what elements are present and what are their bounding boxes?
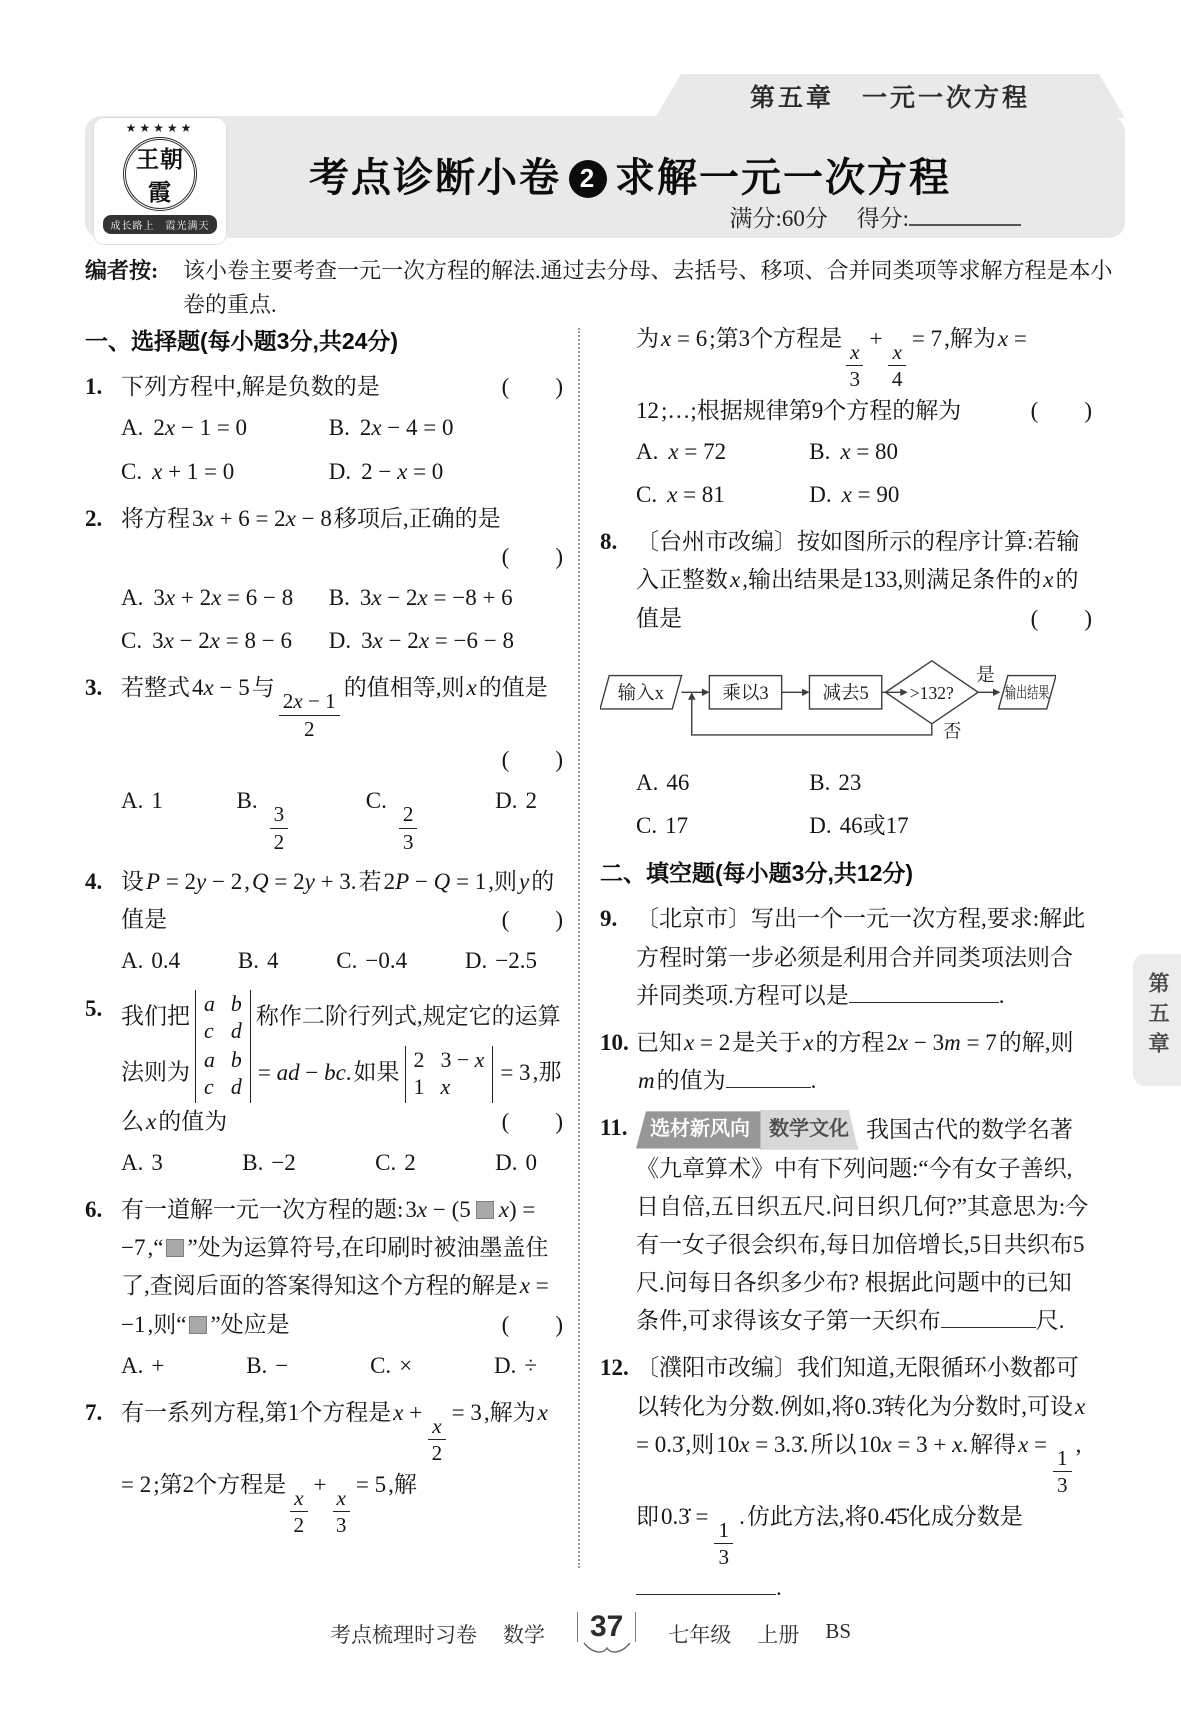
question-stem: 有一道解一元一次方程的题:3x − (5x) = −7,“”处为运算符号,在印刷…: [121, 1191, 563, 1344]
text-run: 4: [267, 948, 279, 973]
math-run: P = 2y − 2: [146, 869, 242, 894]
option-C: C.17: [636, 807, 809, 845]
text-run: ,解为: [484, 1400, 536, 1425]
math-run: +: [314, 1472, 327, 1497]
options-group: A.0.4B.4C.−0.4D.−2.5: [121, 942, 563, 980]
option-label: D.: [809, 813, 831, 838]
text-run: ,解: [388, 1472, 417, 1497]
editor-note: 编者按: 该小卷主要考查一元一次方程的解法.通过去分母、去括号、移项、合并同类项…: [85, 254, 1125, 322]
full-score-label: 满分:60分: [729, 206, 827, 231]
text-run: 我国古代的数学名著《九章算术》中有下列问题:“今有女子善织,日自倍,五日织五尺.…: [636, 1117, 1088, 1333]
topic-badges: 选材新风向数学文化: [636, 1109, 858, 1149]
math-run: x +: [393, 1400, 422, 1425]
text-run: 的值相等,则: [344, 675, 465, 700]
flow-output-label: 输出结果: [1005, 684, 1050, 702]
column-right: 为x = 6;第3个方程是x3+x4= 7,解为x = 12;…;根据规律第9个…: [600, 320, 1092, 1616]
text-run: 有一道解一元一次方程的题:: [121, 1197, 403, 1222]
option-A: A.x = 72: [636, 433, 809, 471]
text-run: ÷: [524, 1353, 537, 1378]
question-number: 11.: [600, 1109, 627, 1147]
option-D: D.2: [495, 782, 537, 820]
option-C: C.3x − 2x = 8 − 6: [121, 622, 329, 660]
option-C: C.x = 81: [636, 476, 809, 514]
math-run: = 7: [912, 326, 942, 351]
math-run: = 3: [452, 1400, 482, 1425]
text-run: 46或17: [840, 813, 909, 838]
answer-blank: [636, 1571, 776, 1595]
answer-paren: ( ): [502, 1103, 563, 1141]
badge-new-trend: 选材新风向: [636, 1111, 760, 1148]
option-label: C.: [121, 628, 142, 653]
options-group: A.46B.23C.17D.46或17: [636, 764, 1092, 845]
math-run: 0.3̇ =: [661, 1504, 708, 1529]
options-group: A.3B.−2C.2D.0: [121, 1144, 563, 1182]
text-run: 1: [151, 788, 163, 813]
text-run: 我们把: [121, 1003, 190, 1028]
question-body: 下列方程中,解是负数的是( )A.2x − 1 = 0B.2x − 4 = 0C…: [121, 368, 563, 491]
option-label: A.: [636, 770, 658, 795]
footer-subject: 数学: [503, 1619, 545, 1649]
text-run: 是关于: [732, 1030, 801, 1055]
chapter-tab: 第五章 一元一次方程: [655, 74, 1125, 118]
question-body: 有一系列方程,第1个方程是x +x2= 3,解为x = 2;第2个方程是x2+x…: [121, 1394, 563, 1538]
question-12: 12.〔濮阳市改编〕我们知道,无限循环小数都可以转化为分数.例如,将0.3̇转化…: [600, 1349, 1092, 1607]
text-run: 有一系列方程,第1个方程是: [121, 1400, 391, 1425]
fraction: x2: [290, 1486, 307, 1538]
option-B: B.x = 80: [809, 433, 1092, 471]
footer-edition-group: 七年级 上册 BS: [668, 1619, 851, 1649]
math-run: x: [146, 1109, 156, 1134]
option-B: B.−2: [242, 1144, 296, 1182]
question-number: 9.: [600, 900, 617, 938]
option-A: A.3x + 2x = 6 − 8: [121, 579, 329, 617]
math-run: 3x − (5: [405, 1197, 470, 1222]
question-number: 10.: [600, 1024, 629, 1062]
page-title: 考点诊断小卷2求解一元一次方程: [250, 146, 1010, 203]
option-label: C.: [370, 1353, 391, 1378]
question-stem: 若整式4x − 5与2x − 12的值相等,则x的值是( ): [121, 669, 563, 779]
text-run: −: [275, 1353, 288, 1378]
option-label: B.: [238, 948, 259, 973]
program-flowchart: 输入x 乘以3 减去5 >132? 是 否 输出结果: [600, 646, 1092, 758]
title-prefix: 考点诊断小卷: [309, 156, 561, 200]
option-label: D.: [494, 1353, 516, 1378]
math-run: x = 2: [684, 1030, 730, 1055]
covered-operator-box: [166, 1239, 184, 1257]
flow-input-label: 输入x: [618, 683, 665, 704]
math-run: x = 81: [667, 482, 725, 507]
question-stem: 〔台州市改编〕按如图所示的程序计算:若输入正整数x,输出结果是133,则满足条件…: [636, 523, 1092, 638]
question-body: 〔台州市改编〕按如图所示的程序计算:若输入正整数x,输出结果是133,则满足条件…: [636, 523, 1092, 845]
option-label: B.: [329, 415, 350, 440]
question-stem: 将方程3x + 6 = 2x − 8移项后,正确的是( ): [121, 500, 563, 576]
footer-series: 考点梳理时习卷: [330, 1619, 477, 1649]
option-label: C.: [121, 459, 142, 484]
score-line: 满分:60分 得分:: [729, 200, 1021, 233]
answer-paren: ( ): [502, 901, 563, 939]
question-number: 1.: [85, 368, 102, 406]
text-run: ,则: [685, 1432, 714, 1457]
answer-paren: ( ): [502, 1306, 563, 1344]
fraction: 2x − 12: [279, 689, 340, 741]
math-run: 4x − 5: [192, 675, 250, 700]
text-run: ,则“: [147, 1312, 186, 1337]
question-11: 11.选材新风向数学文化我国古代的数学名著《九章算术》中有下列问题:“今有女子善…: [600, 1109, 1092, 1340]
badge-math-culture: 数学文化: [760, 1110, 858, 1149]
options-group: A.1B.32C.23D.2: [121, 782, 563, 854]
math-run: x: [730, 567, 740, 592]
math-run: 3x − 2x = −8 + 6: [360, 585, 513, 610]
logo-brand-name: 王朝霞: [126, 141, 194, 207]
question-9: 9.〔北京市〕写出一个一元一次方程,要求:解此方程时第一步必须是利用合并同类项法…: [600, 900, 1092, 1015]
math-run: 2 − x = 0: [361, 459, 443, 484]
question-stem: 下列方程中,解是负数的是( ): [121, 368, 563, 406]
text-run: 为: [636, 326, 659, 351]
flow-step1-label: 乘以3: [722, 683, 768, 704]
score-label: 得分:: [857, 206, 909, 231]
options-group: A.x = 72B.x = 80C.x = 81D.x = 90: [636, 433, 1092, 514]
text-run: ”处应是: [210, 1312, 289, 1337]
option-label: C.: [636, 482, 657, 507]
text-run: 仿此方法,将0.4̇5̇化成分数是: [747, 1504, 1023, 1529]
text-run: 2: [404, 1150, 416, 1175]
text-run: 23: [838, 770, 861, 795]
column-left: 一、选择题(每小题3分,共24分)1.下列方程中,解是负数的是( )A.2x −…: [85, 320, 563, 1547]
text-run: −2: [271, 1150, 295, 1175]
math-run: x: [803, 1030, 813, 1055]
question-body: 将方程3x + 6 = 2x − 8移项后,正确的是( )A.3x + 2x =…: [121, 500, 563, 661]
option-C: C.−0.4: [336, 942, 407, 980]
question-body: 选材新风向数学文化我国古代的数学名著《九章算术》中有下列问题:“今有女子善织,日…: [636, 1109, 1092, 1340]
fraction: x3: [333, 1486, 350, 1538]
answer-paren: ( ): [502, 741, 563, 779]
text-run: 下列方程中,解是负数的是: [121, 374, 380, 399]
text-run: 46: [666, 770, 689, 795]
options-group: A.+B.−C.×D.÷: [121, 1347, 563, 1385]
question-stem: 有一系列方程,第1个方程是x +x2= 3,解为x = 2;第2个方程是x2+x…: [121, 1394, 563, 1538]
logo-stamp-circle: 王朝霞: [123, 137, 197, 211]
question-number: 3.: [85, 669, 102, 707]
option-C: C.2: [375, 1144, 416, 1182]
determinant: abcd: [195, 990, 251, 1047]
text-run: 移项后,正确的是: [334, 506, 501, 531]
option-B: B.2x − 4 = 0: [329, 409, 563, 447]
fraction: 13: [1053, 1446, 1072, 1498]
answer-paren: ( ): [502, 538, 563, 576]
text-run: ×: [399, 1353, 412, 1378]
option-label: A.: [121, 415, 143, 440]
text-run: ,“: [147, 1235, 163, 1260]
brand-logo: ★★★★★ 王朝霞 成长路上 霞光满天: [94, 118, 226, 244]
editor-note-text: 该小卷主要考查一元一次方程的解法.通过去分母、去括号、移项、合并同类项等求解方程…: [183, 258, 1113, 317]
question-body: 设P = 2y − 2,Q = 2y + 3.若2P − Q = 1,则y的值是…: [121, 863, 563, 981]
option-D: D.÷: [494, 1347, 537, 1385]
question-8: 8.〔台州市改编〕按如图所示的程序计算:若输入正整数x,输出结果是133,则满足…: [600, 523, 1092, 845]
math-run: 3x − 2x = 8 − 6: [152, 628, 292, 653]
section-heading: 二、填空题(每小题3分,共12分): [600, 854, 1092, 892]
question-body: 若整式4x − 5与2x − 12的值相等,则x的值是( )A.1B.32C.2…: [121, 669, 563, 854]
option-label: B.: [237, 788, 258, 813]
text-run: 的解,则: [999, 1030, 1074, 1055]
text-run: 如果: [354, 1060, 400, 1085]
answer-blank: [726, 1064, 811, 1088]
title-number-badge: 2: [569, 160, 607, 198]
text-run: 设: [121, 869, 144, 894]
text-run: −2.5: [495, 948, 537, 973]
answer-blank: [941, 1304, 1036, 1328]
text-run: 尺.: [1036, 1308, 1065, 1333]
text-run: 的值为: [657, 1068, 726, 1093]
fraction: x2: [428, 1414, 445, 1466]
question-body: 有一道解一元一次方程的题:3x − (5x) = −7,“”处为运算符号,在印刷…: [121, 1191, 563, 1385]
fraction: 23: [399, 802, 418, 854]
question-number: 7.: [85, 1394, 102, 1432]
text-run: −0.4: [365, 948, 407, 973]
text-run: 的值为: [158, 1109, 227, 1134]
score-blank: [909, 202, 1021, 226]
option-A: A.0.4: [121, 942, 180, 980]
math-run: .: [739, 1504, 745, 1529]
option-B: B.3x − 2x = −8 + 6: [329, 579, 563, 617]
text-run: 0: [526, 1150, 538, 1175]
flow-no-label: 否: [943, 722, 962, 743]
open-book-icon: [581, 1642, 633, 1656]
text-run: ”处为运算符号,在印刷时被油墨盖住了,查阅后面的答案得知这个方程的解是: [121, 1235, 548, 1298]
page-footer: 考点梳理时习卷 数学 37 七年级 上册 BS: [0, 1612, 1181, 1656]
footer-volume: 上册: [757, 1619, 799, 1649]
question-number: 12.: [600, 1349, 629, 1387]
flow-step2-label: 减去5: [822, 683, 868, 704]
question-stem: 已知x = 2是关于x的方程2x − 3m = 7的解,则m的值为.: [636, 1024, 1092, 1100]
option-B: B.4: [238, 942, 279, 980]
option-A: A.3: [121, 1144, 163, 1182]
option-B: B.32: [237, 782, 293, 854]
column-divider: [578, 328, 580, 1568]
title-main: 求解一元一次方程: [615, 156, 951, 200]
option-D: D.2 − x = 0: [329, 453, 563, 491]
determinant: abcd: [195, 1046, 251, 1103]
editor-note-label: 编者按:: [85, 254, 158, 288]
option-C: C.23: [366, 782, 422, 854]
worksheet-page: 第五章 一元一次方程 ★★★★★ 王朝霞 成长路上 霞光满天 考点诊断小卷2求解…: [0, 0, 1181, 1730]
page-number: 37: [577, 1612, 636, 1642]
text-run: ,解为: [944, 326, 996, 351]
answer-paren: ( ): [502, 368, 563, 406]
text-run: ,输出结果是133,则满足条件的: [742, 567, 1041, 592]
option-label: A.: [121, 788, 143, 813]
text-run: 的方程: [815, 1030, 884, 1055]
text-run: .: [999, 983, 1005, 1008]
math-run: 10x = 3.3̇.: [716, 1432, 808, 1457]
question-1: 1.下列方程中,解是负数的是( )A.2x − 1 = 0B.2x − 4 = …: [85, 368, 563, 491]
question-stem: 选材新风向数学文化我国古代的数学名著《九章算术》中有下列问题:“今有女子善织,日…: [636, 1109, 1092, 1340]
question-number: 8.: [600, 523, 617, 561]
option-label: B.: [329, 585, 350, 610]
answer-paren: ( ): [1031, 600, 1092, 638]
option-C: C.x + 1 = 0: [121, 453, 329, 491]
text-run: 解得: [970, 1432, 1016, 1457]
question-body: 〔北京市〕写出一个一元一次方程,要求:解此方程时第一步必须是利用合并同类项法则合…: [636, 900, 1092, 1015]
option-A: A.2x − 1 = 0: [121, 409, 329, 447]
math-run: 3x − 2x = −6 − 8: [361, 628, 514, 653]
math-run: x = 6: [661, 326, 707, 351]
question-body: 〔濮阳市改编〕我们知道,无限循环小数都可以转化为分数.例如,将0.3̇转化为分数…: [636, 1349, 1092, 1607]
text-run: ,: [244, 869, 250, 894]
question-stem: 〔北京市〕写出一个一元一次方程,要求:解此方程时第一步必须是利用合并同类项法则合…: [636, 900, 1092, 1015]
text-run: .: [776, 1575, 782, 1600]
option-label: A.: [121, 948, 143, 973]
math-run: 3x + 6 = 2x − 8: [192, 506, 332, 531]
math-run: = 3: [500, 1060, 530, 1085]
option-label: D.: [495, 1150, 517, 1175]
math-run: 2x − 3m = 7: [886, 1030, 996, 1055]
section-heading: 一、选择题(每小题3分,共24分): [85, 322, 563, 360]
page-number-badge: 37: [577, 1612, 636, 1656]
option-D: D.3x − 2x = −6 − 8: [329, 622, 563, 660]
option-D: D.x = 90: [809, 476, 1092, 514]
math-run: +: [869, 326, 882, 351]
math-run: x + 1 = 0: [152, 459, 234, 484]
text-run: 2: [525, 788, 537, 813]
text-run: 若: [359, 869, 382, 894]
answer-paren: ( ): [1031, 392, 1092, 430]
option-label: C.: [636, 813, 657, 838]
text-run: 若整式: [121, 675, 190, 700]
text-run: +: [151, 1353, 164, 1378]
math-run: x: [467, 675, 477, 700]
math-run: = 5: [356, 1472, 386, 1497]
question-number: 4.: [85, 863, 102, 901]
question-body: 已知x = 2是关于x的方程2x − 3m = 7的解,则m的值为.: [636, 1024, 1092, 1100]
text-run: .: [811, 1068, 817, 1093]
text-run: ;第2个方程是: [153, 1472, 286, 1497]
covered-operator-box: [189, 1316, 207, 1334]
option-label: A.: [121, 1353, 143, 1378]
covered-operator-box: [476, 1201, 494, 1219]
footer-grade: 七年级: [668, 1619, 731, 1649]
math-run: 3x + 2x = 6 − 8: [153, 585, 293, 610]
question-7: 7.有一系列方程,第1个方程是x +x2= 3,解为x = 2;第2个方程是x2…: [85, 1394, 563, 1538]
math-run: Q = 2y + 3.: [252, 869, 357, 894]
option-label: C.: [366, 788, 387, 813]
option-label: D.: [329, 459, 351, 484]
math-run: x = 72: [668, 439, 726, 464]
question-4: 4.设P = 2y − 2,Q = 2y + 3.若2P − Q = 1,则y的…: [85, 863, 563, 981]
fraction: 13: [714, 1518, 733, 1570]
question-continuation: 为x = 6;第3个方程是x3+x4= 7,解为x = 12;…;根据规律第9个…: [600, 320, 1092, 514]
logo-stars-icon: ★★★★★: [94, 121, 226, 136]
text-run: 〔濮阳市改编〕我们知道,无限循环小数都可以转化为分数.例如,将0.3̇转化为分数…: [636, 1355, 1079, 1418]
option-label: A.: [636, 439, 658, 464]
question-stem: 设P = 2y − 2,Q = 2y + 3.若2P − Q = 1,则y的值是…: [121, 863, 563, 939]
text-run: 3: [151, 1150, 163, 1175]
option-A: A.+: [121, 1347, 164, 1385]
text-run: ;第3个方程是: [709, 326, 842, 351]
text-run: ,则: [488, 869, 517, 894]
text-run: 已知: [636, 1030, 682, 1055]
text-run: 17: [665, 813, 688, 838]
option-label: B.: [246, 1353, 267, 1378]
math-run: x: [1043, 567, 1053, 592]
option-label: D.: [329, 628, 351, 653]
question-5: 5.我们把abcd称作二阶行列式,规定它的运算法则为abcd= ad − bc.…: [85, 990, 563, 1183]
fraction: 32: [270, 802, 289, 854]
option-label: A.: [121, 1150, 143, 1175]
question-2: 2.将方程3x + 6 = 2x − 8移项后,正确的是( )A.3x + 2x…: [85, 500, 563, 661]
option-A: A.46: [636, 764, 809, 802]
question-6: 6.有一道解一元一次方程的题:3x − (5x) = −7,“”处为运算符号,在…: [85, 1191, 563, 1385]
question-stem: 我们把abcd称作二阶行列式,规定它的运算法则为abcd= ad − bc.如果…: [121, 990, 563, 1141]
math-run: x = 90: [842, 482, 900, 507]
options-group: A.2x − 1 = 0B.2x − 4 = 0C.x + 1 = 0D.2 −…: [121, 409, 563, 490]
math-run: x =: [1018, 1432, 1047, 1457]
question-stem: 为x = 6;第3个方程是x3+x4= 7,解为x = 12;…;根据规律第9个…: [636, 320, 1092, 430]
question-body: 我们把abcd称作二阶行列式,规定它的运算法则为abcd= ad − bc.如果…: [121, 990, 563, 1183]
text-run: 将方程: [121, 506, 190, 531]
option-label: D.: [809, 482, 831, 507]
question-stem: 〔濮阳市改编〕我们知道,无限循环小数都可以转化为分数.例如,将0.3̇转化为分数…: [636, 1349, 1092, 1607]
math-run: 10x = 3 + x.: [858, 1432, 968, 1457]
option-label: D.: [495, 788, 517, 813]
option-label: C.: [336, 948, 357, 973]
logo-ribbon: 成长路上 霞光满天: [103, 215, 217, 234]
option-label: D.: [465, 948, 487, 973]
option-B: B.23: [809, 764, 1092, 802]
footer-edition: BS: [825, 1619, 851, 1649]
question-number: 2.: [85, 500, 102, 538]
option-B: B.−: [246, 1347, 288, 1385]
fraction: x3: [846, 340, 863, 392]
question-number: 5.: [85, 990, 102, 1028]
option-label: B.: [809, 770, 830, 795]
option-C: C.×: [370, 1347, 412, 1385]
question-body: 为x = 6;第3个方程是x3+x4= 7,解为x = 12;…;根据规律第9个…: [636, 320, 1092, 514]
math-run: 2x − 4 = 0: [360, 415, 454, 440]
math-run: y: [519, 869, 529, 894]
option-A: A.1: [121, 782, 163, 820]
question-number: 6.: [85, 1191, 102, 1229]
math-run: x = 80: [840, 439, 898, 464]
flow-condition-label: >132?: [910, 683, 954, 703]
option-label: B.: [809, 439, 830, 464]
option-D: D.−2.5: [465, 942, 537, 980]
text-run: 0.4: [151, 948, 180, 973]
options-group: A.3x + 2x = 6 − 8B.3x − 2x = −8 + 6C.3x …: [121, 579, 563, 660]
question-10: 10.已知x = 2是关于x的方程2x − 3m = 7的解,则m的值为.: [600, 1024, 1092, 1100]
option-label: A.: [121, 585, 143, 610]
text-run: ;…;根据规律第9个方程的解为: [661, 398, 961, 423]
math-run: = ad − bc.: [258, 1060, 352, 1085]
flow-yes-label: 是: [976, 665, 995, 686]
math-run: 2x − 1 = 0: [153, 415, 247, 440]
option-label: C.: [375, 1150, 396, 1175]
option-D: D.46或17: [809, 807, 1092, 845]
fraction: x4: [888, 340, 905, 392]
text-run: 所以: [810, 1432, 856, 1457]
option-D: D.0: [495, 1144, 537, 1182]
question-3: 3.若整式4x − 5与2x − 12的值相等,则x的值是( )A.1B.32C…: [85, 669, 563, 854]
option-label: B.: [242, 1150, 263, 1175]
determinant: 23 − x1x: [405, 1046, 494, 1103]
math-run: m: [638, 1068, 655, 1093]
side-tab-chapter: 第五章: [1133, 954, 1181, 1086]
text-run: 的值是: [479, 675, 548, 700]
math-run: 2P − Q = 1: [384, 869, 487, 894]
text-run: 与: [252, 675, 275, 700]
answer-blank: [849, 979, 999, 1003]
